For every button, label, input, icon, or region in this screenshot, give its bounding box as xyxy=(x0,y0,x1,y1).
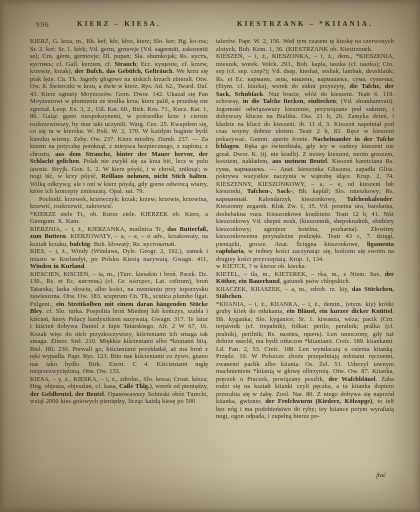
dictionary-page-scan: 996 KIERZ – KIESA. KIESTRZANK – *KIIANIA… xyxy=(0,0,420,512)
entry-paragraph: w KIETCE, ? w kierze ob. kiecka. xyxy=(216,263,394,271)
entry-paragraph: KIESA, – y, ż., KIESKA, – i, ż., zdrobn.… xyxy=(30,376,208,406)
entry-paragraph: KIESCIEN, KISCIEN, – ia, m., (Turc. kies… xyxy=(30,271,208,376)
entry-paragraph: talerów. Papr. W. 2, 156. Wed tym czasem… xyxy=(216,38,394,53)
catchword: ſtać xyxy=(216,472,386,479)
entry-paragraph: KIERZNIA, – i, ż., KIERZANKA, maślnica T… xyxy=(30,226,208,249)
entry-paragraph: KIIACZEK, KIIASZEK, – a, m., zdrob. rz. … xyxy=(216,286,394,301)
entry-paragraph: *KIIANIA, – i, ż., KIIANKA, – i, ż., dem… xyxy=(216,301,394,421)
running-head-right: KIESTRZANK – *KIIANIA. xyxy=(216,20,394,28)
entry-paragraph: *KIERZE ziele Tr., ob. Kurze ziele. KIER… xyxy=(30,211,208,226)
text-columns: KIERZ, G. krza, m., Bh. keř, kře, křez, … xyxy=(30,38,394,470)
right-column: talerów. Papr. W. 2, 156. Wed tym czasem… xyxy=(216,38,394,470)
entry-paragraph: KIES, – i, ż., Windy (Windawa, Dyle. Geo… xyxy=(30,248,208,271)
entry-paragraph: KIERZ, G. krza, m., Bh. keř, kře, křez, … xyxy=(30,38,208,196)
entry-paragraph: KIETEL, – tla, m., KIETEREK, – rka, m., … xyxy=(216,271,394,286)
entry-paragraph: KIESZEŃ, – i, ż., KIESZONKA, – i, ż., de… xyxy=(216,53,394,263)
left-column: KIERZ, G. krza, m., Bh. keř, kře, křez, … xyxy=(30,38,208,470)
entry-paragraph: Pochodź. krzewek, krzewczyk; krzak; krze… xyxy=(30,196,208,211)
running-head-left: KIERZ – KIESA. xyxy=(30,20,208,28)
